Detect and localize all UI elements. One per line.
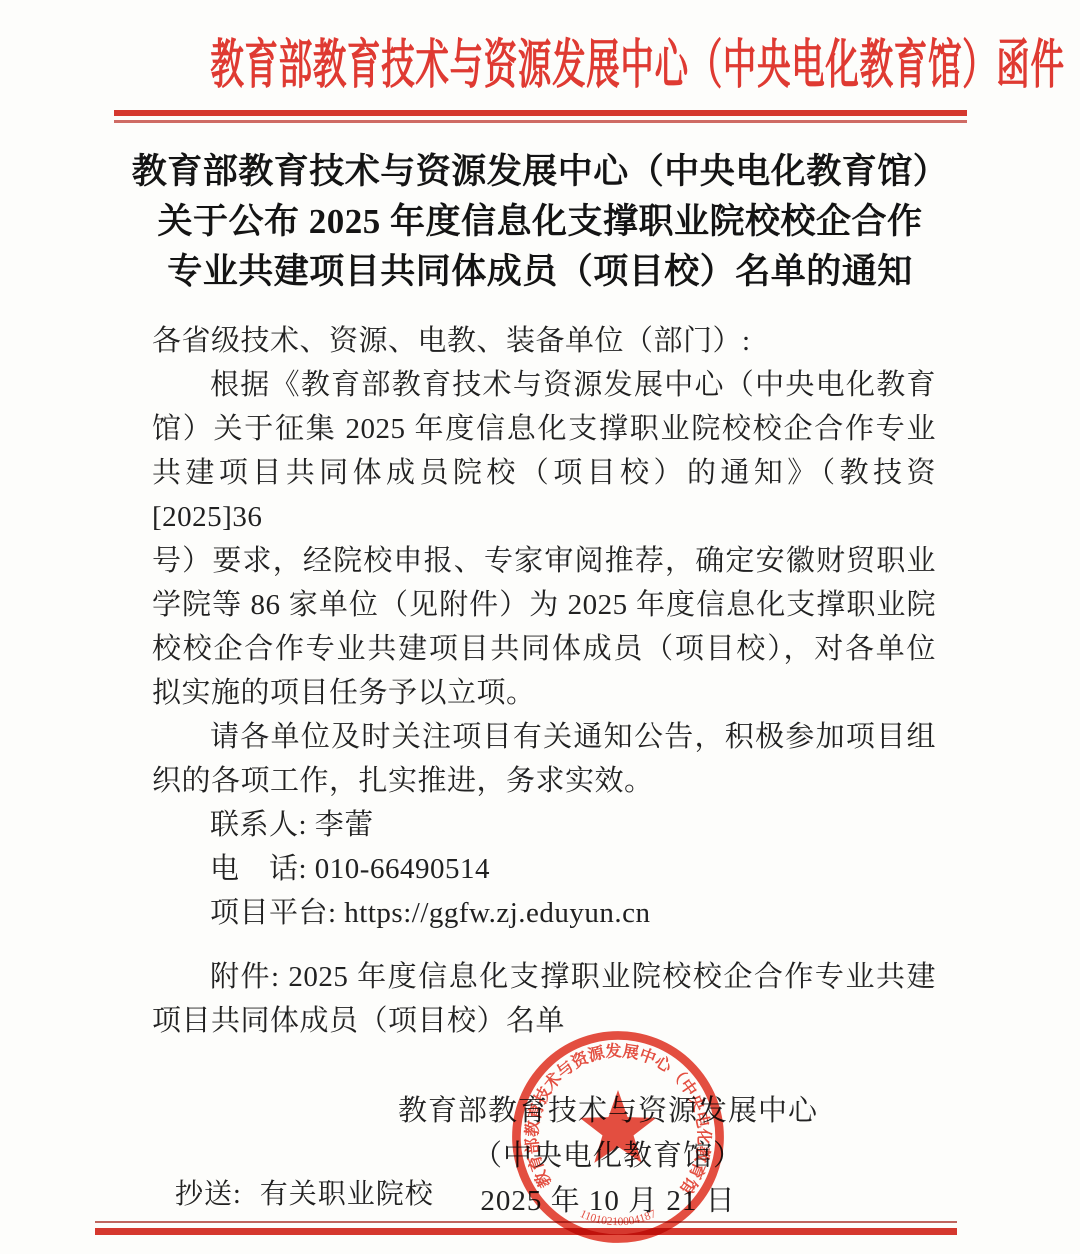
body-line: 请各单位及时关注项目有关通知公告，积极参加项目组	[152, 715, 936, 759]
body-line: 校校企合作专业共建项目共同体成员（项目校），对各单位	[152, 627, 936, 671]
letterhead-banner: 教育部教育技术与资源发展中心（中央电化教育馆）函件	[0, 0, 1080, 94]
signature-date: 2025 年 10 月 21 日	[398, 1179, 818, 1224]
body-line: 共建项目共同体成员院校（项目校）的通知》（教技资[2025]36	[152, 451, 936, 539]
signature-block: 教育部教育技术与资源发展中心 （中央电化教育馆） 2025 年 10 月 21 …	[398, 1089, 818, 1224]
header-rule-thin	[114, 120, 967, 123]
salutation-line: 各省级技术、资源、电教、装备单位（部门）:	[152, 319, 936, 363]
body-line: 学院等 86 家单位（见附件）为 2025 年度信息化支撑职业院	[152, 583, 936, 627]
attachment-section: 附件: 2025 年度信息化支撑职业院校校企合作专业共建 项目共同体成员（项目校…	[152, 955, 936, 1043]
attachment-line: 附件: 2025 年度信息化支撑职业院校校企合作专业共建	[152, 955, 936, 999]
cc-value: 有关职业院校	[260, 1179, 434, 1210]
body-line: 织的各项工作，扎实推进，务求实效。	[152, 759, 936, 803]
cc-label: 抄送:	[175, 1179, 242, 1210]
body-line: 馆）关于征集 2025 年度信息化支撑职业院校校企合作专业	[152, 407, 936, 451]
project-platform-line: 项目平台: https://ggfw.zj.eduyun.cn	[152, 891, 936, 935]
letter-body: 各省级技术、资源、电教、装备单位（部门）: 根据《教育部教育技术与资源发展中心（…	[152, 319, 936, 935]
body-line: 拟实施的项目任务予以立项。	[152, 671, 936, 715]
cc-line: 抄送:有关职业院校	[175, 1172, 434, 1212]
letterhead-text: 教育部教育技术与资源发展中心（中央电化教育馆）函件	[210, 22, 1064, 98]
footer-rule-thick	[95, 1228, 957, 1235]
document-title-line-1: 教育部教育技术与资源发展中心（中央电化教育馆）	[0, 147, 1080, 197]
header-double-rule	[114, 110, 967, 123]
body-line: 根据《教育部教育技术与资源发展中心（中央电化教育	[152, 363, 936, 407]
scanned-official-letter: 教育部教育技术与资源发展中心（中央电化教育馆）函件 教育部教育技术与资源发展中心…	[0, 0, 1080, 1254]
contact-phone-line: 电 话: 010-66490514	[152, 847, 936, 891]
document-title-line-2: 关于公布 2025 年度信息化支撑职业院校校企合作	[0, 197, 1080, 247]
footer-double-rule	[95, 1221, 957, 1235]
attachment-line: 项目共同体成员（项目校）名单	[152, 999, 936, 1043]
contact-person-line: 联系人: 李蕾	[152, 803, 936, 847]
signature-org-line-2: （中央电化教育馆）	[398, 1134, 818, 1179]
signature-org-line-1: 教育部教育技术与资源发展中心	[398, 1089, 818, 1134]
document-title-line-3: 专业共建项目共同体成员（项目校）名单的通知	[0, 247, 1080, 297]
document-title: 教育部教育技术与资源发展中心（中央电化教育馆） 关于公布 2025 年度信息化支…	[0, 147, 1080, 297]
body-line: 号）要求，经院校申报、专家审阅推荐，确定安徽财贸职业	[152, 539, 936, 583]
